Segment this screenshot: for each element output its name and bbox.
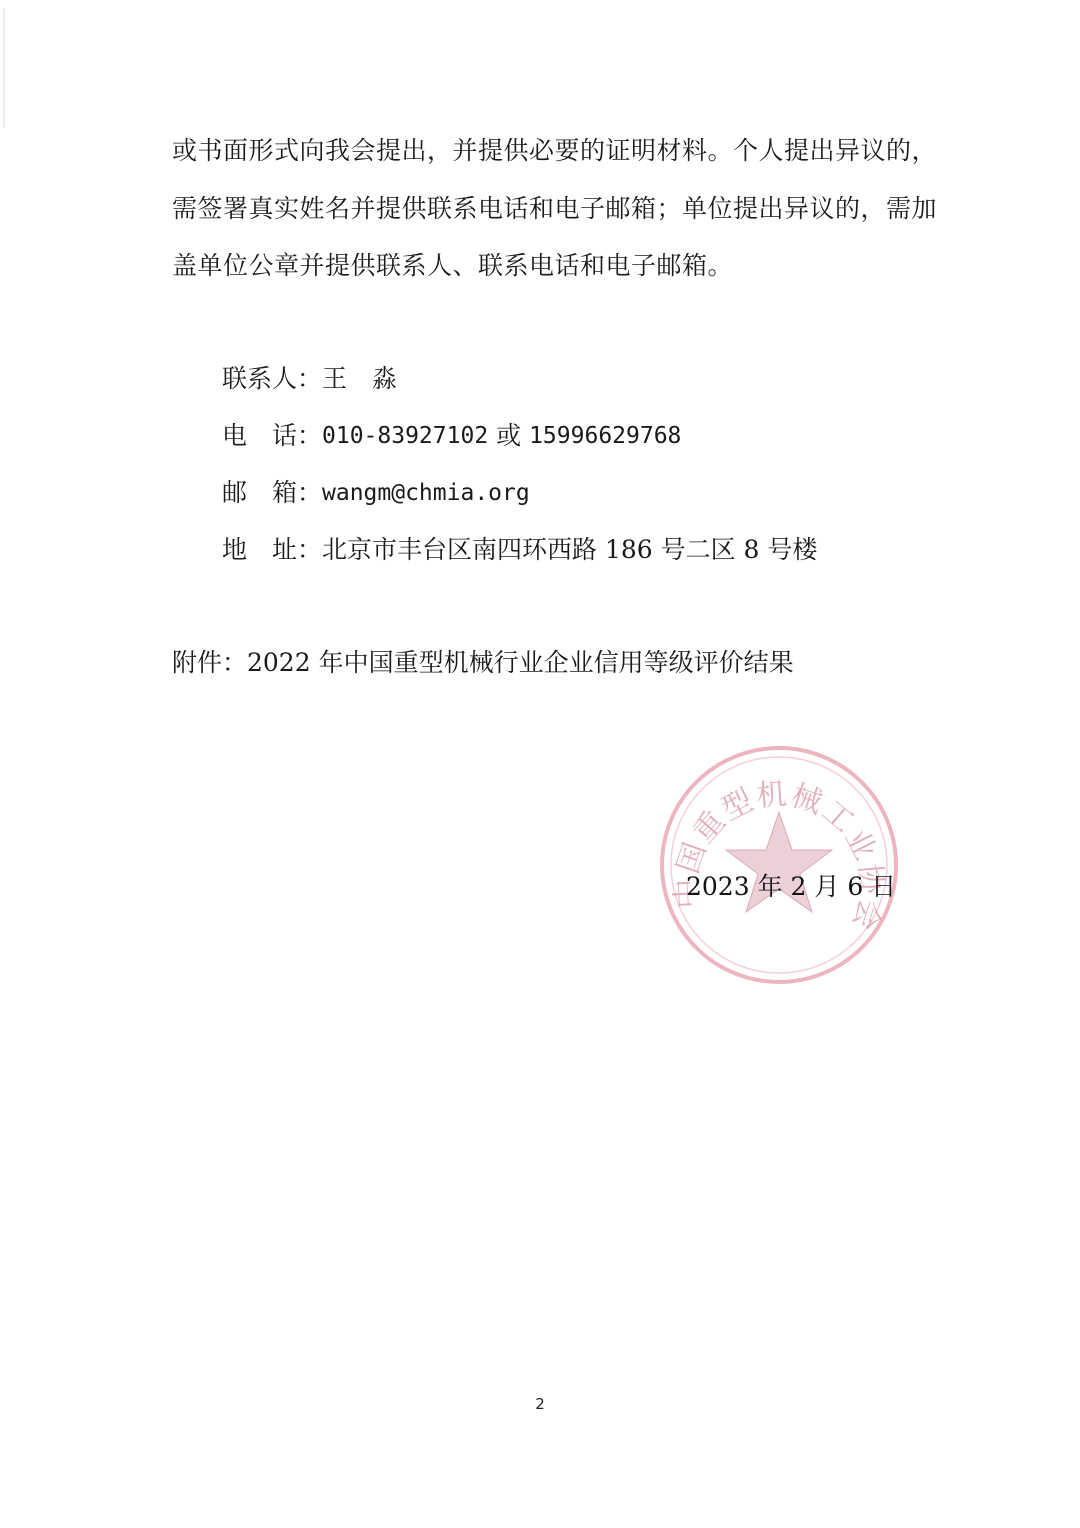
official-seal: 中国重型机械工业协会 <box>660 746 898 984</box>
contact-person-row: 联系人： 王 淼 <box>222 364 397 394</box>
attachment-note: 附件：2022 年中国重型机械行业企业信用等级评价结果 <box>172 648 794 678</box>
seal-graphic: 中国重型机械工业协会 <box>664 750 894 980</box>
paragraph-line-3: 盖单位公章并提供联系人、联系电话和电子邮箱。 <box>172 251 733 281</box>
contact-person-label: 联系人： <box>222 364 322 394</box>
contact-phone-label: 电 话： <box>222 421 322 451</box>
contact-phone-value-2: 15996629768 <box>529 421 681 451</box>
contact-phone-row: 电 话： 010-83927102 或 15996629768 <box>222 421 681 451</box>
page-number: 2 <box>0 1395 1080 1413</box>
paragraph-line-1: 或书面形式向我会提出，并提供必要的证明材料。个人提出异议的， <box>172 136 937 166</box>
contact-address-value: 北京市丰台区南四环西路 186 号二区 8 号楼 <box>322 535 817 565</box>
contact-address-label: 地 址： <box>222 535 322 565</box>
contact-address-row: 地 址： 北京市丰台区南四环西路 186 号二区 8 号楼 <box>222 535 817 565</box>
document-page: 或书面形式向我会提出，并提供必要的证明材料。个人提出异议的， 需签署真实姓名并提… <box>0 0 1080 1528</box>
contact-phone-value-1: 010-83927102 <box>322 421 488 451</box>
contact-phone-separator: 或 <box>488 421 529 451</box>
contact-email-row: 邮 箱： wangm@chmia.org <box>222 478 530 508</box>
contact-person-value: 王 淼 <box>322 364 397 394</box>
paragraph-line-2: 需签署真实姓名并提供联系电话和电子邮箱；单位提出异议的，需加 <box>172 194 937 224</box>
issue-date: 2023 年 2 月 6 日 <box>686 872 896 902</box>
contact-email-label: 邮 箱： <box>222 478 322 508</box>
contact-email-value: wangm@chmia.org <box>322 478 530 508</box>
scan-edge-mark <box>3 8 5 128</box>
